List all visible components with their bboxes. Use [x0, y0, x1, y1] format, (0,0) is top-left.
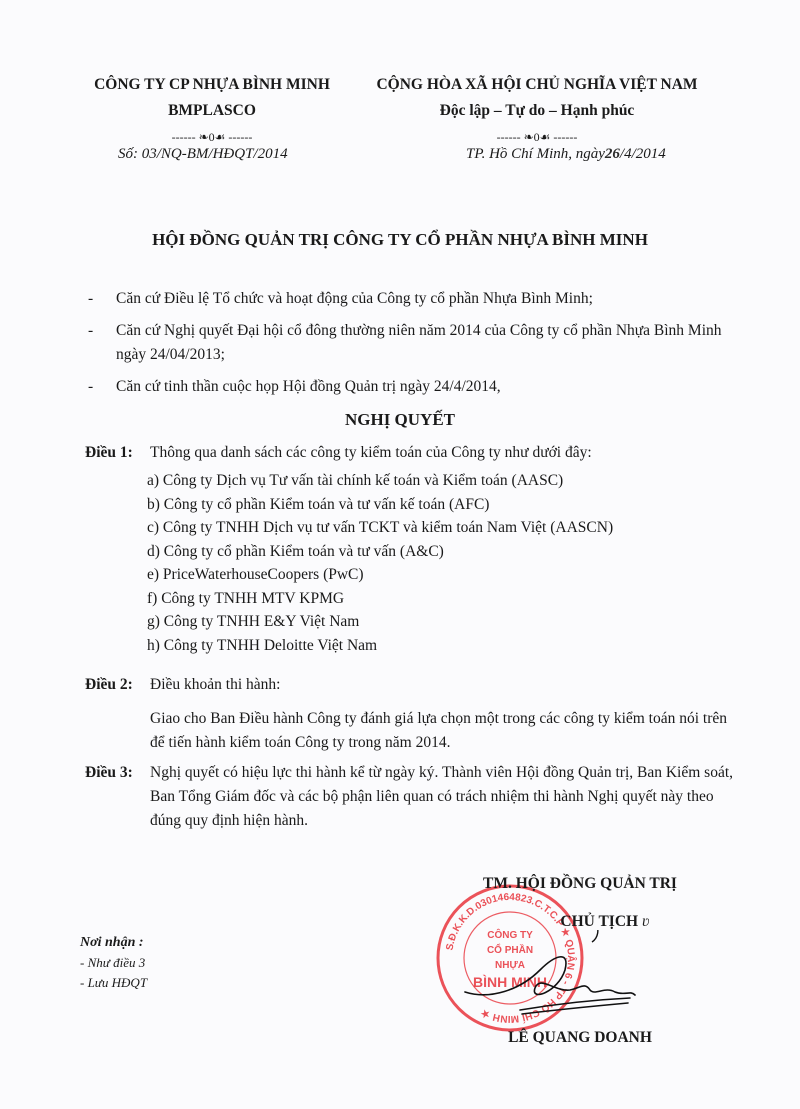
article-text: Điều khoản thi hành: — [150, 673, 735, 697]
on-behalf-of: TM. HỘI ĐỒNG QUẢN TRỊ — [430, 875, 730, 893]
ornament-divider: ------ ❧0☙ ------ — [62, 126, 362, 148]
handwritten-day: 26 — [605, 146, 620, 162]
ornament-icon: ❧0☙ — [524, 130, 551, 144]
bullet-dash: - — [88, 319, 116, 367]
article-text: Thông qua danh sách các công ty kiểm toá… — [150, 441, 735, 465]
role-text: CHỦ TỊCH — [560, 913, 638, 930]
initial-mark-icon: ʋ — [642, 913, 650, 930]
article-text: Nghị quyết có hiệu lực thi hành kể từ ng… — [150, 761, 735, 833]
article-1: Điều 1: Thông qua danh sách các công ty … — [85, 441, 735, 657]
ornament-icon: ❧0☙ — [199, 130, 226, 144]
company-short-name: BMPLASCO — [62, 98, 362, 124]
recipients: Nơi nhận : - Như điều 3 - Lưu HĐQT — [80, 933, 147, 993]
date-suffix: /4/2014 — [620, 146, 666, 162]
signer-role: CHỦ TỊCH ʋ — [455, 913, 755, 931]
auditor-item: b) Công ty cổ phần Kiểm toán và tư vấn k… — [147, 493, 735, 517]
article-2: Điều 2: Điều khoản thi hành: Giao cho Ba… — [85, 673, 735, 755]
signer-name: LÊ QUANG DOANH — [430, 1029, 730, 1047]
auditor-item: h) Công ty TNHH Deloitte Việt Nam — [147, 634, 735, 658]
basis-text: Căn cứ Nghị quyết Đại hội cổ đông thường… — [116, 319, 728, 367]
basis-item: - Căn cứ tinh thần cuộc họp Hội đồng Quả… — [88, 375, 728, 399]
auditor-list: a) Công ty Dịch vụ Tư vấn tài chính kế t… — [147, 469, 735, 657]
auditor-item: e) PriceWaterhouseCoopers (PwC) — [147, 563, 735, 587]
ornament-divider: ------ ❧0☙ ------ — [372, 126, 702, 148]
article-label: Điều 2: — [85, 673, 133, 697]
basis-text: Căn cứ tinh thần cuộc họp Hội đồng Quản … — [116, 375, 728, 399]
national-motto: Độc lập – Tự do – Hạnh phúc — [372, 98, 702, 124]
basis-item: - Căn cứ Điều lệ Tổ chức và hoạt động củ… — [88, 287, 728, 311]
recipient-item: - Lưu HĐQT — [80, 973, 147, 993]
national-header: CỘNG HÒA XÃ HỘI CHỦ NGHĨA VIỆT NAM Độc l… — [372, 72, 702, 148]
country-name: CỘNG HÒA XÃ HỘI CHỦ NGHĨA VIỆT NAM — [372, 72, 702, 98]
auditor-item: g) Công ty TNHH E&Y Việt Nam — [147, 610, 735, 634]
auditor-item: d) Công ty cổ phần Kiểm toán và tư vấn (… — [147, 540, 735, 564]
bullet-dash: - — [88, 375, 116, 399]
recipient-item: - Như điều 3 — [80, 953, 147, 973]
basis-item: - Căn cứ Nghị quyết Đại hội cổ đông thườ… — [88, 319, 728, 367]
article-label: Điều 1: — [85, 441, 133, 465]
handwritten-signature-icon — [460, 930, 640, 1030]
board-title: HỘI ĐỒNG QUẢN TRỊ CÔNG TY CỔ PHẦN NHỰA B… — [0, 230, 800, 250]
reference-number: Số: 03/NQ-BM/HĐQT/2014 — [118, 146, 288, 163]
recipients-title: Nơi nhận : — [80, 933, 147, 953]
resolution-title: NGHỊ QUYẾT — [0, 410, 800, 430]
auditor-item: f) Công ty TNHH MTV KPMG — [147, 587, 735, 611]
place-date-prefix: TP. Hồ Chí Minh, ngày — [466, 146, 605, 162]
company-name: CÔNG TY CP NHỰA BÌNH MINH — [62, 72, 362, 98]
place-date: TP. Hồ Chí Minh, ngày26/4/2014 — [466, 146, 666, 163]
article-label: Điều 3: — [85, 761, 133, 785]
auditor-item: a) Công ty Dịch vụ Tư vấn tài chính kế t… — [147, 469, 735, 493]
article-paragraph: Giao cho Ban Điều hành Công ty đánh giá … — [150, 707, 735, 755]
legal-bases: - Căn cứ Điều lệ Tổ chức và hoạt động củ… — [88, 287, 728, 407]
bullet-dash: - — [88, 287, 116, 311]
issuer-block: CÔNG TY CP NHỰA BÌNH MINH BMPLASCO -----… — [62, 72, 362, 148]
basis-text: Căn cứ Điều lệ Tổ chức và hoạt động của … — [116, 287, 728, 311]
auditor-item: c) Công ty TNHH Dịch vụ tư vấn TCKT và k… — [147, 516, 735, 540]
article-3: Điều 3: Nghị quyết có hiệu lực thi hành … — [85, 761, 735, 833]
